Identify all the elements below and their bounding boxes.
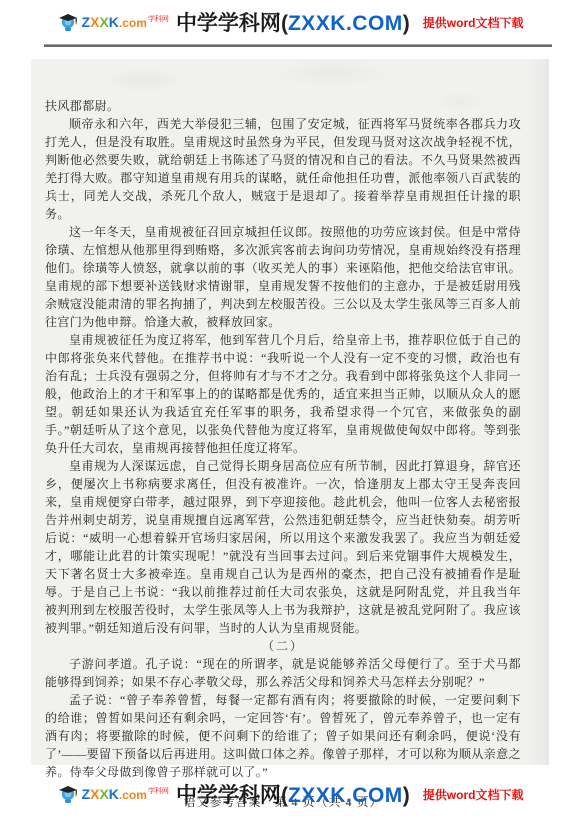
paragraph: 这一年冬天，皇甫规被征召回京城担任议郎。按照他的功劳应该封侯。但是中常侍徐璜、左… xyxy=(45,223,521,331)
paragraph: 顺帝永和六年，西羌大举侵犯三辅，包围了安定城，征西将军马贤统率各郡兵力攻打羌人，… xyxy=(45,115,521,223)
paragraph: 扶风郡都尉。 xyxy=(45,97,521,115)
paren-open: ( xyxy=(281,12,288,35)
paragraph: 皇甫规为人深谋远虑，自己觉得长期身居高位应有所节制，因此打算退身，辞官还乡，便屡… xyxy=(45,457,521,637)
word-download-link[interactable]: 提供word文档下载 xyxy=(423,14,524,31)
site-title: 中学学科网(ZXXK.COM) xyxy=(176,779,410,809)
logo-letter: K xyxy=(109,786,119,802)
site-title: 中学学科网(ZXXK.COM) xyxy=(176,7,410,37)
paragraph: 皇甫规被征任为度辽将军，他到军营几个月后，给皇帝上书，推荐职位低于自己的中郎将张… xyxy=(45,331,521,457)
logo-letter: X xyxy=(99,786,108,802)
zxxk-logo[interactable]: ZXXK.com 学科网 xyxy=(57,10,169,34)
site-domain: ZXXK.COM xyxy=(288,12,403,35)
paragraph: 子游问孝道。孔子说：“现在的所谓孝，就是说能够养活父母便行了。至于犬马都能够得到… xyxy=(45,655,521,691)
logo-letter: .com xyxy=(119,788,147,802)
site-header: ZXXK.com 学科网 中学学科网(ZXXK.COM) 提供word文档下载 xyxy=(0,0,580,44)
word-download-link-footer[interactable]: 提供word文档下载 xyxy=(423,786,524,803)
paragraph: 孟子说：“曾子奉养曾皙，每餐一定都有酒有肉；将要撤除的时候，一定要问剩下的给谁；… xyxy=(45,691,521,781)
logo-subtext: 学科网 xyxy=(148,16,169,23)
graduate-mascot-icon xyxy=(57,782,81,806)
logo-letter: K xyxy=(109,14,119,30)
logo-subtext: 学科网 xyxy=(148,788,169,795)
paren-open: ( xyxy=(281,784,288,807)
paren-close: ) xyxy=(403,784,410,807)
logo-letter: Z xyxy=(82,14,91,30)
scanned-page: 扶风郡都尉。 顺帝永和六年，西羌大举侵犯三辅，包围了安定城，征西将军马贤统率各郡… xyxy=(31,59,549,765)
logo-letter: X xyxy=(99,14,108,30)
site-domain: ZXXK.COM xyxy=(288,784,403,807)
graduate-mascot-icon xyxy=(57,10,81,34)
zxxk-logo-footer[interactable]: ZXXK.com 学科网 xyxy=(57,782,169,806)
logo-letter: Z xyxy=(82,786,91,802)
site-name: 中学学科网 xyxy=(176,12,281,35)
paren-close: ) xyxy=(403,12,410,35)
site-name: 中学学科网 xyxy=(176,784,281,807)
logo-letter: .com xyxy=(119,16,147,30)
header-divider xyxy=(44,44,552,47)
section-marker: （二） xyxy=(45,637,521,655)
